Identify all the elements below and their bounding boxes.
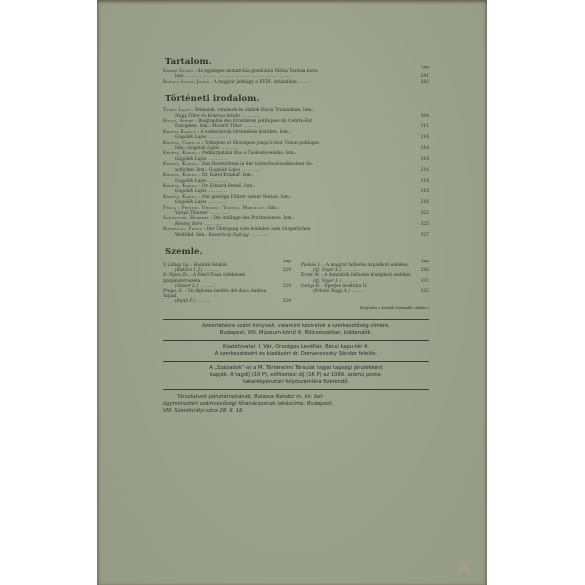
history-entry: Kropta, Kamill : Das Deutschtum in der t… [163, 162, 429, 173]
reviewer: Nagy Tibor és Kniezsa István [175, 114, 240, 119]
reviewer: Gogolák Lajos [209, 168, 240, 173]
history-entry: Kropta, Kamill : Podkarpatská Rus a Česk… [163, 151, 429, 162]
history-title: Történeti irodalom. [165, 94, 429, 104]
page-number: 327 [421, 233, 429, 238]
review-section: Szemle. Lap V. Läbay Gy. : Hazánk őslakó… [163, 247, 429, 310]
reviewer: Gogolák Lajos [175, 189, 206, 194]
toc-entry: Barács István János : A magyar jobbágy a… [163, 80, 429, 85]
review-left-column: Lap V. Läbay Gy. : Hazánk őslakói.(Bakác… [163, 258, 291, 305]
page-number: 329 [283, 299, 291, 304]
history-entry: Borkenau, Franz : Der Übergang vom feuda… [163, 227, 429, 238]
review-entry: Iványi B. : Eperjes levéltára II.(Fekete… [301, 284, 429, 294]
review-right-column: Lap Puskás L. : A magyar falfestés árpád… [301, 258, 429, 305]
books-notice: Ismertetésre szánt könyvek, valamint kéz… [163, 320, 429, 340]
treasurer-address: Társulatunk pénztárnokának, Balassa Nánd… [163, 390, 429, 416]
toc-section: Tartalom. Lap Ember Győző : Az egységes … [163, 57, 429, 85]
page-number: 332 [421, 289, 429, 294]
history-entry: Kropta Kamill : A csehszlovák történelem… [163, 130, 429, 141]
reviewer: Gogolák Lajos [175, 179, 206, 184]
history-section: Történeti irodalom. Tamás Lajos : Rómaia… [163, 94, 429, 238]
review-entry: Praga, G. : Un diploma inedito del duca … [163, 289, 291, 305]
reviewer: (Fekete Nagy A.) [313, 289, 350, 294]
reviewer: Mendöl Tibor [212, 124, 242, 129]
library-stamp-icon: A [459, 561, 475, 579]
review-entry: Ernst M. : A dunántúli falfestés középko… [301, 273, 429, 283]
reviewer: Gogolák Lajos [175, 157, 206, 162]
reviewer: Gogolák Lajos [175, 135, 206, 140]
history-entry: Kropta, Kamill : Dr. Eduard Beneš. Ism.:… [163, 184, 429, 195]
page-number: 282 [421, 80, 429, 85]
history-entry: Rónai, André : Biographie des Frontières… [163, 119, 429, 130]
journal-back-cover: Tartalom. Lap Ember Győző : Az egységes … [97, 0, 487, 585]
history-entry: Kropta, Kamill : Der geistige Führer sei… [163, 195, 429, 206]
review-entry: V. Läbay Gy. : Hazánk őslakói.(Bakács I.… [163, 263, 291, 273]
history-entry: Frola : Prinosi. Urodio : Vanino, Mirosl… [163, 206, 429, 217]
history-entry: Kropta, Camille : Tchèques et Slovaques … [163, 141, 429, 152]
contents-area: Tartalom. Lap Ember Győző : Az egységes … [163, 57, 429, 415]
office-notice: Kiadóhivatal: I. Vár, Országos Levéltár,… [163, 341, 429, 361]
reviewer: Kosoróczy György [209, 233, 249, 238]
toc-entry: Ember Győző : Az egységes monarchia gond… [163, 69, 429, 80]
history-entry: Tamás Lajos : Rómaiak, románok és oláhok… [163, 108, 429, 119]
review-title: Szemle. [165, 247, 429, 257]
reviewer: Révész Imre [175, 222, 203, 227]
history-entry: Kropta, Kamill : Dr. Karel Kramář. Ism.:… [163, 173, 429, 184]
history-entry: Schöffler, Herbert : Die Anfänge des Pur… [163, 216, 429, 227]
reviewer: (Banfi F.) [175, 299, 195, 304]
membership-notice: A „Századok”-at a M. Történelmi Társulat… [163, 362, 429, 389]
review-entry: D. Sipos Zs. : A Felső-Tisza vidékének g… [163, 273, 291, 289]
reviewer: Gogolák Lajos [175, 200, 206, 205]
review-entry: Puskás L. : A magyar falfestés árpádkori… [301, 263, 429, 273]
